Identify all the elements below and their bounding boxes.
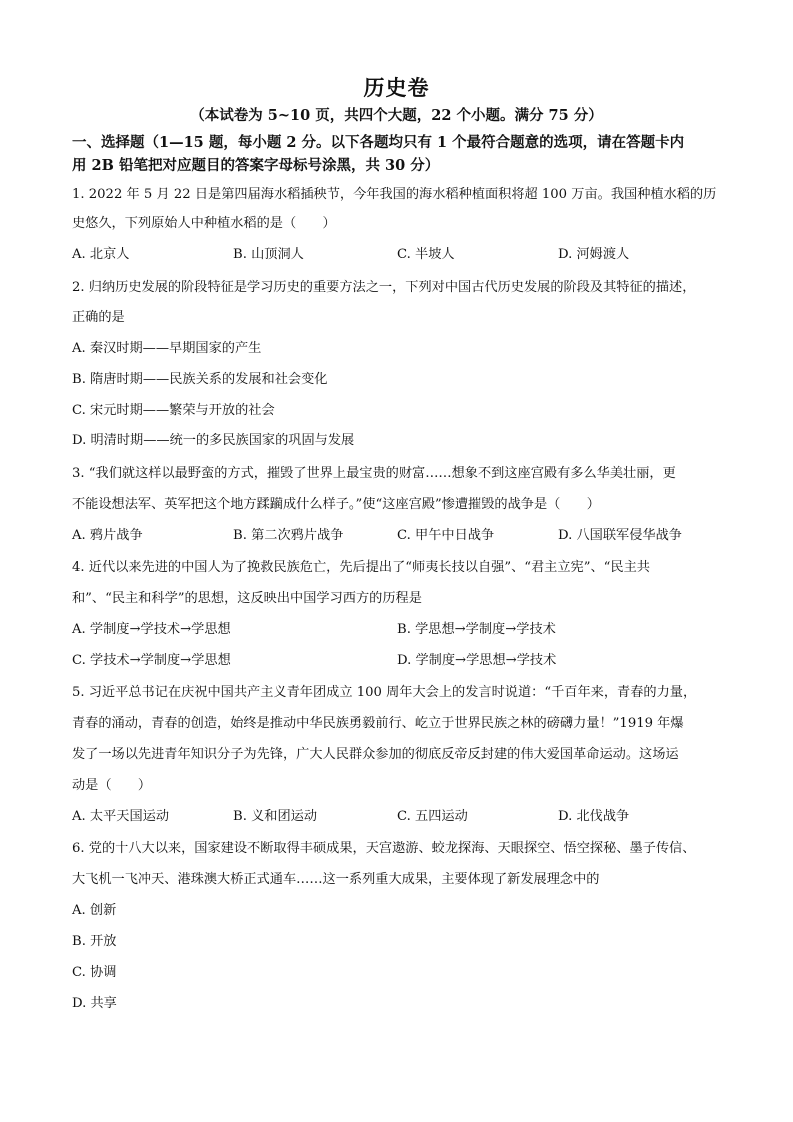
question-5-line-4: 动是（ ） bbox=[72, 777, 732, 795]
question-6-option-c: C. 协调 bbox=[72, 964, 116, 982]
question-2-option-c: C. 宋元时期——繁荣与开放的社会 bbox=[72, 402, 275, 420]
question-6-option-a: A. 创新 bbox=[72, 902, 116, 920]
question-2-option-a: A. 秦汉时期——早期国家的产生 bbox=[72, 340, 261, 358]
question-2-option-b: B. 隋唐时期——民族关系的发展和社会变化 bbox=[72, 371, 327, 389]
question-5-line-2: 青春的涌动，青春的创造，始终是推动中华民族勇毅前行、屹立于世界民族之林的磅礴力量… bbox=[72, 715, 732, 733]
question-3-option-b: B. 第二次鸦片战争 bbox=[233, 527, 343, 545]
question-4-option-d: D. 学制度→学思想→学技术 bbox=[397, 652, 556, 670]
question-1-option-c: C. 半坡人 bbox=[397, 246, 455, 264]
question-5-option-b: B. 义和团运动 bbox=[233, 808, 317, 826]
question-4-option-a: A. 学制度→学技术→学思想 bbox=[72, 621, 231, 639]
section-heading-line-1: 一、选择题（1—15 题，每小题 2 分。以下各题均只有 1 个最符合题意的选项… bbox=[72, 131, 732, 154]
question-4-option-b: B. 学思想→学制度→学技术 bbox=[397, 621, 556, 639]
question-4-line-1: 4. 近代以来先进的中国人为了挽救民族危亡，先后提出了“师夷长技以自强”、“君主… bbox=[72, 559, 732, 577]
exam-page: 历史卷 （本试卷为 5~10 页，共四个大题，22 个小题。满分 75 分） 一… bbox=[0, 0, 793, 1122]
question-1-option-d: D. 河姆渡人 bbox=[558, 246, 629, 264]
question-2-line-1: 2. 归纳历史发展的阶段特征是学习历史的重要方法之一，下列对中国古代历史发展的阶… bbox=[72, 279, 732, 297]
question-3-option-c: C. 甲午中日战争 bbox=[397, 527, 494, 545]
question-6-line-1: 6. 党的十八大以来，国家建设不断取得丰硕成果，天宫遨游、蛟龙探海、天眼探空、悟… bbox=[72, 840, 732, 858]
question-1-line-1: 1. 2022 年 5 月 22 日是第四届海水稻插秧节，今年我国的海水稻种植面… bbox=[72, 186, 732, 204]
question-5-line-3: 发了一场以先进青年知识分子为先锋，广大人民群众参加的彻底反帝反封建的伟大爱国革命… bbox=[72, 746, 732, 764]
question-1-line-2: 史悠久，下列原始人中种植水稻的是（ ） bbox=[72, 215, 732, 233]
section-heading-line-2: 用 2B 铅笔把对应题目的答案字母标号涂黑，共 30 分） bbox=[72, 154, 732, 177]
question-3-option-a: A. 鸦片战争 bbox=[72, 527, 143, 545]
exam-subtitle: （本试卷为 5~10 页，共四个大题，22 个小题。满分 75 分） bbox=[0, 104, 793, 125]
question-3-option-d: D. 八国联军侵华战争 bbox=[558, 527, 682, 545]
question-3-line-1: 3. “我们就这样以最野蛮的方式，摧毁了世界上最宝贵的财富……想象不到这座宫殿有… bbox=[72, 465, 732, 483]
question-2-line-2: 正确的是 bbox=[72, 309, 732, 327]
page-title: 历史卷 bbox=[0, 72, 793, 102]
question-4-option-c: C. 学技术→学制度→学思想 bbox=[72, 652, 231, 670]
question-2-option-d: D. 明清时期——统一的多民族国家的巩固与发展 bbox=[72, 432, 354, 450]
question-6-option-b: B. 开放 bbox=[72, 933, 116, 951]
question-5-line-1: 5. 习近平总书记在庆祝中国共产主义青年团成立 100 周年大会上的发言时说道：… bbox=[72, 684, 732, 702]
question-1-option-b: B. 山顶洞人 bbox=[233, 246, 304, 264]
question-3-line-2: 不能设想法军、英军把这个地方蹂躏成什么样子。”使“这座宫殿”惨遭摧毁的战争是（ … bbox=[72, 496, 732, 514]
question-4-line-2: 和”、“民主和科学”的思想，这反映出中国学习西方的历程是 bbox=[72, 590, 732, 608]
question-6-option-d: D. 共享 bbox=[72, 995, 117, 1013]
question-5-option-a: A. 太平天国运动 bbox=[72, 808, 169, 826]
question-5-option-c: C. 五四运动 bbox=[397, 808, 468, 826]
question-5-option-d: D. 北伐战争 bbox=[558, 808, 629, 826]
question-1-option-a: A. 北京人 bbox=[72, 246, 129, 264]
question-6-line-2: 大飞机一飞冲天、港珠澳大桥正式通车……这一系列重大成果，主要体现了新发展理念中的 bbox=[72, 871, 732, 889]
